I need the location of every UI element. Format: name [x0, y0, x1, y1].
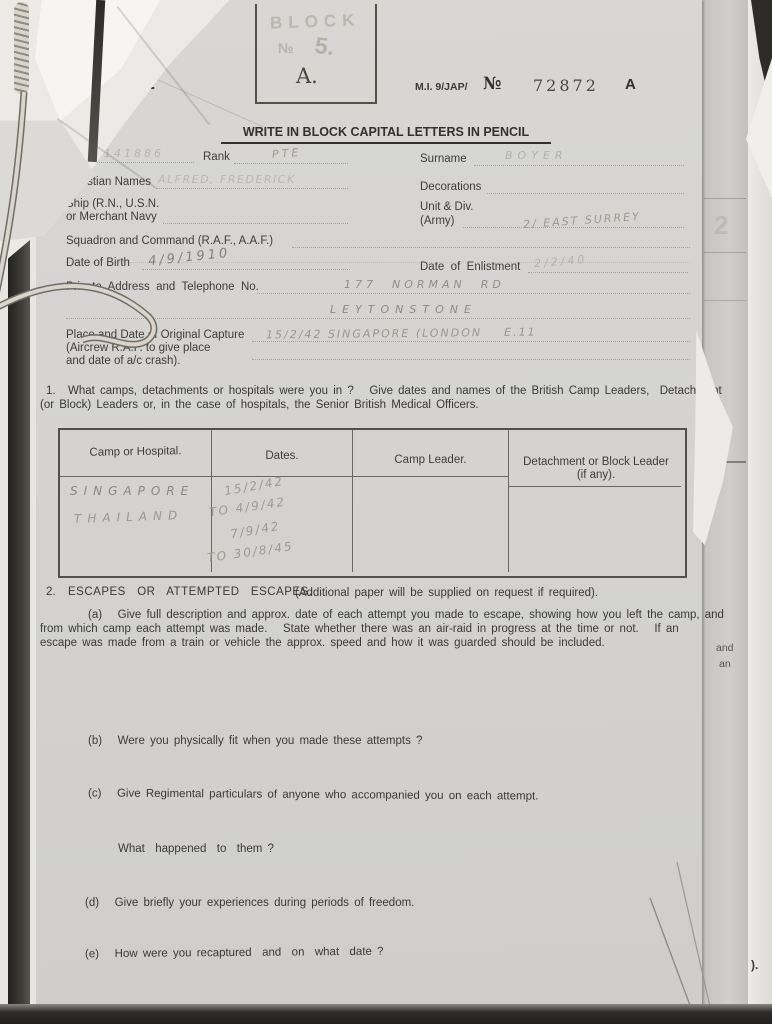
rule [234, 163, 348, 164]
bleed-ruled-line [704, 252, 746, 253]
field-unit-label-2: (Army) [420, 215, 455, 227]
field-ship-label-2: or Merchant Navy [66, 211, 157, 223]
q2a-line-1: (a) Give full description and approx. da… [88, 609, 724, 621]
field-capture-label-3: and date of a/c crash). [66, 355, 180, 367]
field-address-value-1: 177 NORMAN RD [344, 278, 505, 291]
field-dob-label: Date of Birth [66, 257, 130, 269]
rule [163, 223, 348, 224]
rule [292, 247, 690, 248]
q2-note: (Additional paper will be supplied on re… [295, 587, 598, 599]
rule [156, 188, 348, 189]
field-squadron-label: Squadron and Command (R.A.F., A.A.F.) [66, 235, 273, 247]
field-rank-label: Rank [203, 151, 230, 163]
table-header-underline [60, 476, 508, 477]
form-reference: M.I. 9/JAP/ [415, 81, 468, 93]
field-address-value-2: LEYTONSTONE [330, 303, 477, 316]
table-header-detachment: Detachment or Block Leader (if any). [517, 456, 675, 482]
rule [252, 341, 690, 342]
q1-number: 1. [46, 385, 56, 397]
table-column-line [352, 430, 353, 572]
field-decorations-label: Decorations [420, 181, 481, 193]
bleed-paren-fragment: ). [751, 958, 758, 972]
series-letter: A [625, 76, 636, 93]
bleed-ruled-line [704, 300, 746, 301]
table-header-dates: Dates. [212, 450, 352, 462]
field-surname-value: BOYER [505, 149, 568, 162]
q2a-line-3: escape was made from a train or vehicle … [40, 637, 605, 649]
bottom-dark-band [0, 1004, 772, 1024]
block-stamp-no-sign: № [278, 40, 294, 56]
q2-number: 2. [46, 586, 56, 598]
rule [66, 318, 690, 319]
q2b-line: (b) Were you physically fit when you mad… [88, 735, 422, 747]
rule [474, 165, 684, 166]
field-ship-label-1: Ship (R.N., U.S.N. [66, 198, 159, 210]
field-address-label: Private Address and Telephone No. [66, 281, 259, 293]
camp-entry-singapore: SINGAPORE [70, 484, 194, 498]
table-header-leader: Camp Leader. [353, 454, 508, 466]
serial-no-sign: № [483, 74, 501, 94]
q2a-line-2: from which camp each attempt was made. S… [40, 623, 679, 635]
field-capture-label-2: (Aircrew R.A.F. to give place [66, 342, 210, 354]
bleed-word-and: and [716, 642, 734, 654]
bleed-stamp-fragment: 2 [714, 210, 728, 241]
rule [88, 162, 194, 163]
field-christian-value: ALFRED, FREDERICK [158, 173, 296, 186]
q2d-line: (d) Give briefly your experiences during… [85, 897, 414, 909]
stamp-box-letter: A. [296, 64, 318, 88]
rule [528, 272, 688, 273]
table-header-underline [509, 486, 681, 487]
q2-title: ESCAPES OR ATTEMPTED ESCAPES. [68, 586, 312, 598]
field-rank-value: PTE [272, 146, 302, 161]
field-capture-label-1: Place and Date of Original Capture [66, 329, 244, 341]
field-surname-label: Surname [420, 153, 467, 165]
rope-coil [14, 2, 29, 94]
bleed-ruled-line [704, 198, 746, 199]
block-stamp-word: BLOCK [270, 10, 361, 33]
table-column-line [508, 430, 509, 572]
rule [257, 293, 690, 294]
rule [142, 269, 350, 270]
block-stamp-number: 5. [313, 32, 336, 61]
rule [487, 193, 684, 194]
q2c-followup: What happened to them ? [118, 843, 274, 855]
bleed-word-an: an [719, 658, 731, 670]
q1-line-2: (or Block) Leaders or, in the case of ho… [40, 399, 479, 411]
q1-line-1: What camps, detachments or hospitals wer… [68, 385, 722, 397]
scanned-pow-questionnaire: BLOCK № 5. A. ENTIAL M.I. 9/JAP/ № 72872… [0, 0, 772, 1024]
instruction-heading: WRITE IN BLOCK CAPITAL LETTERS IN PENCIL [221, 125, 551, 144]
serial-number: 72872 [533, 76, 599, 95]
field-enlist-label: Date of Enlistment [420, 261, 520, 273]
field-unit-label-1: Unit & Div. [420, 201, 473, 213]
rule [252, 359, 690, 360]
